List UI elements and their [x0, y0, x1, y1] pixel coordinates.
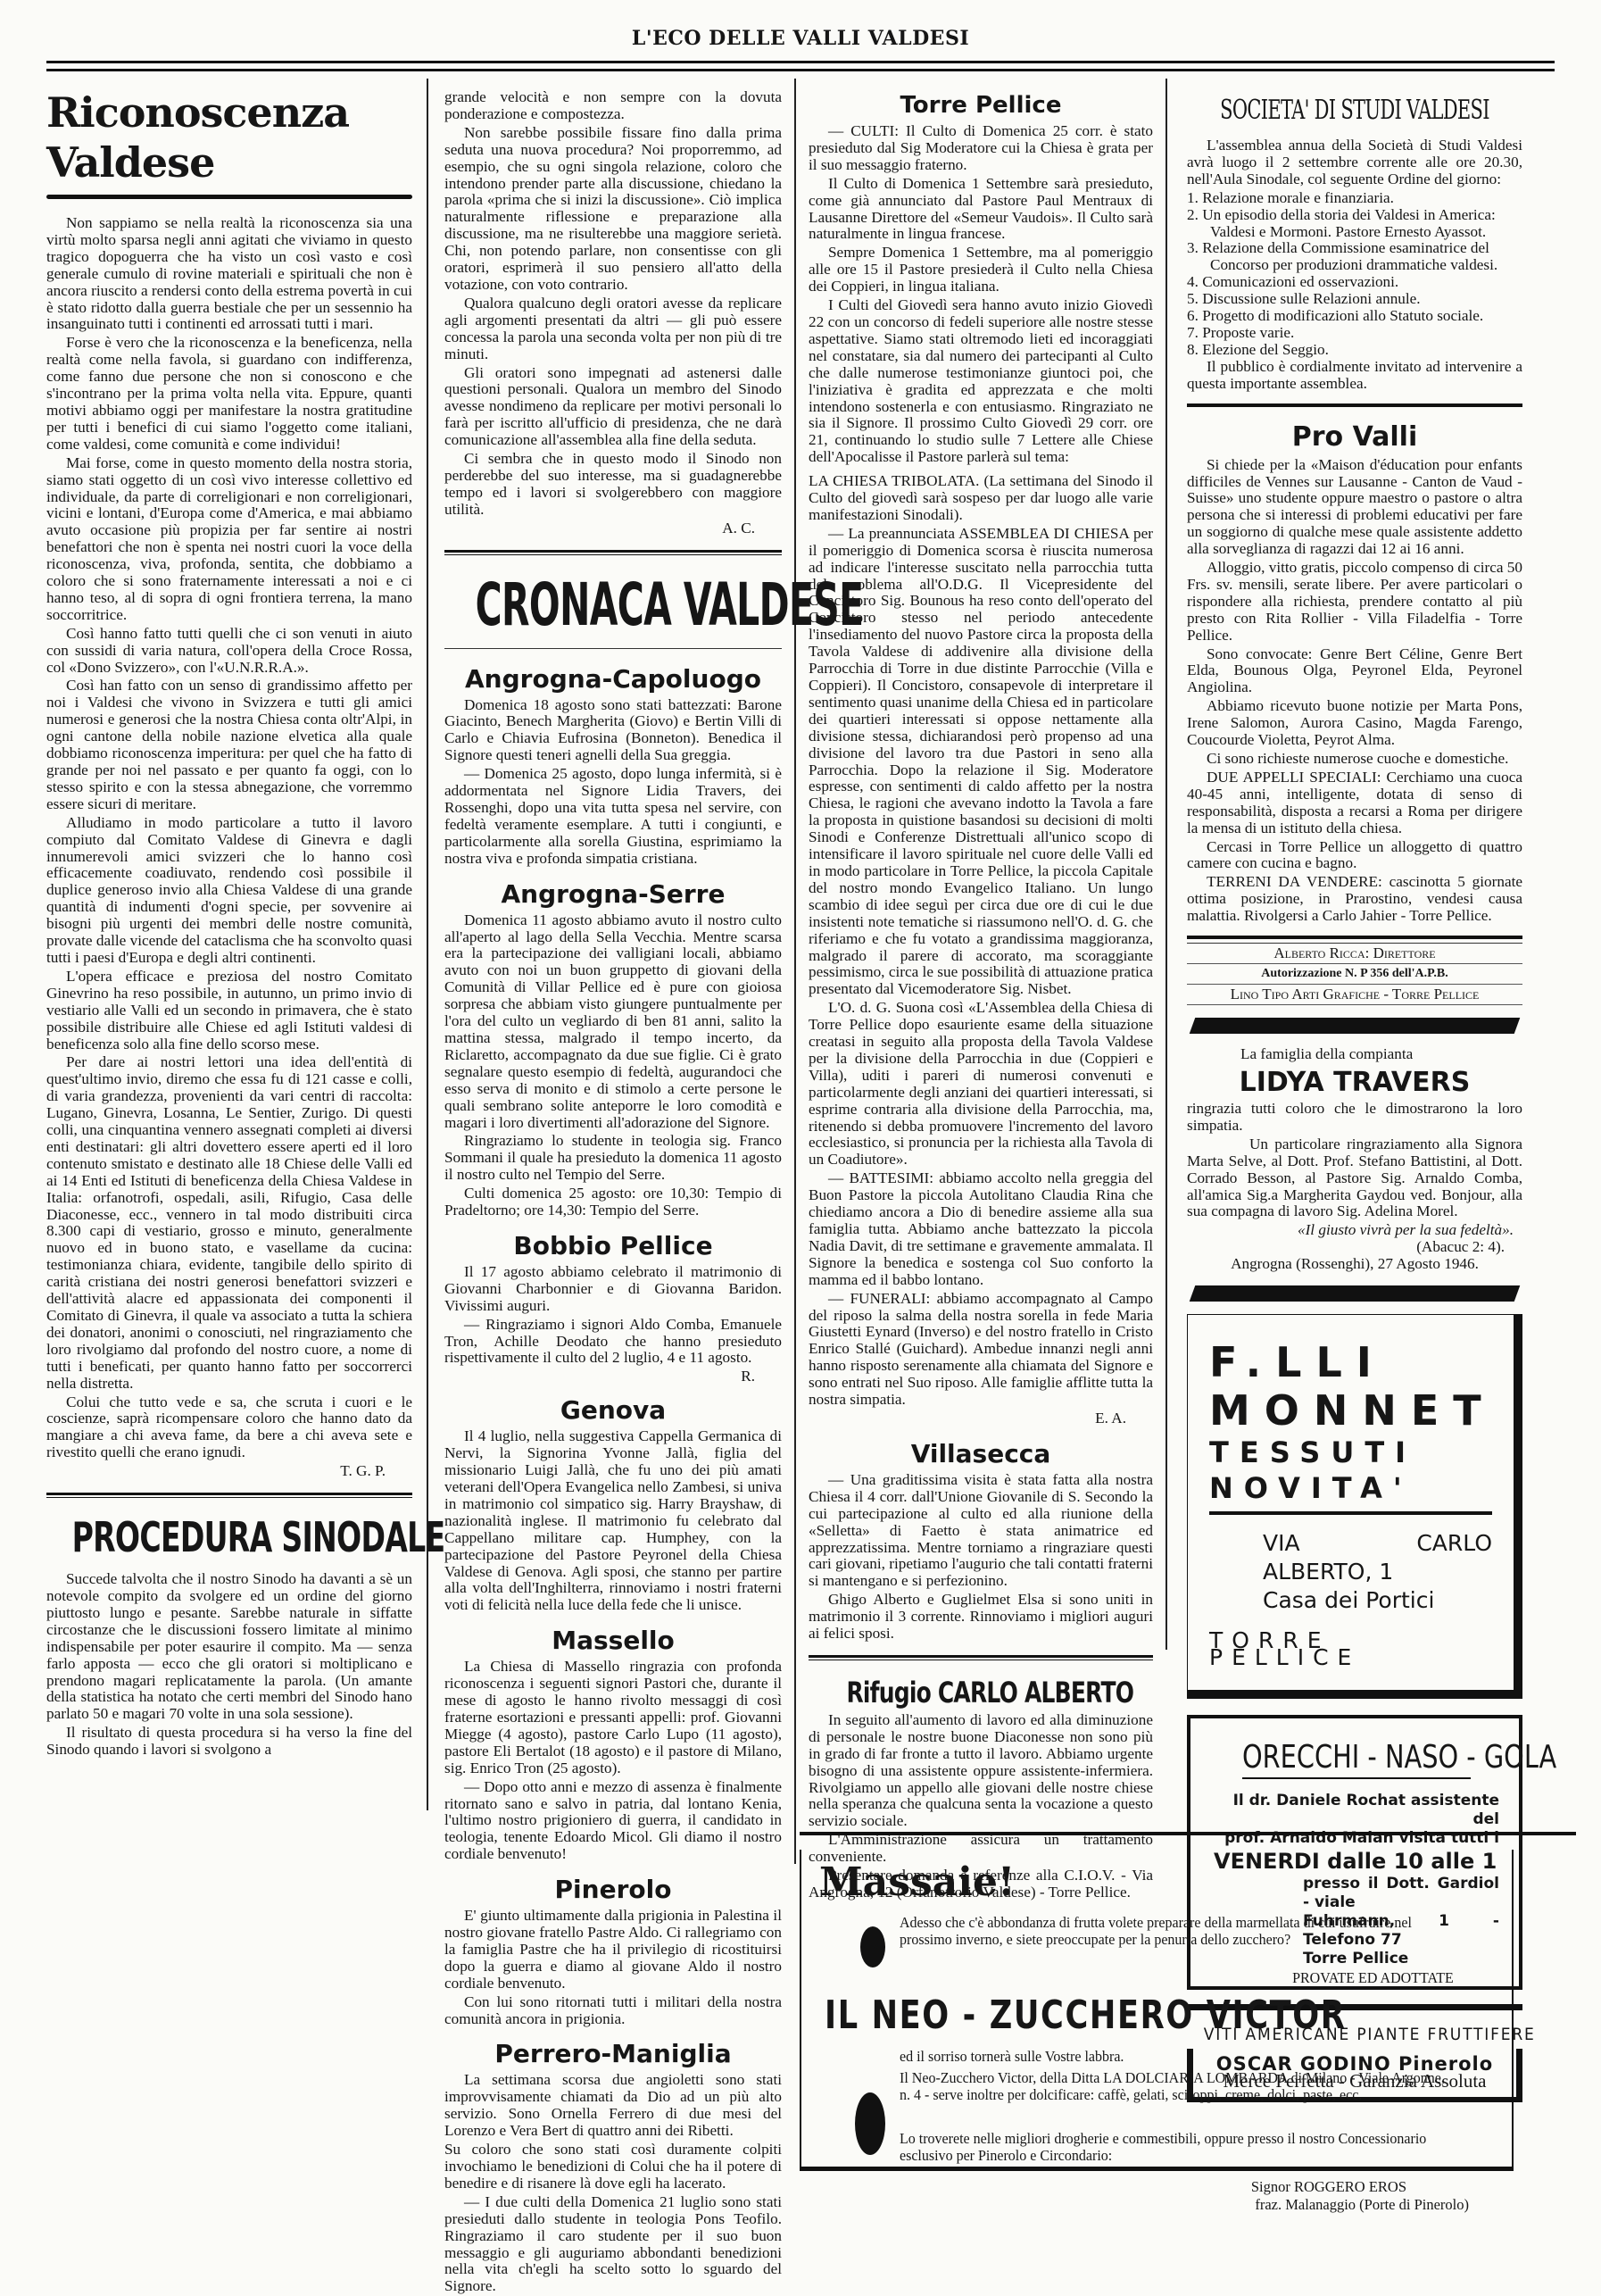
locality-heading: Angrogna-Serre [444, 877, 782, 912]
paragraph: La settimana scorsa due angioletti sono … [444, 2072, 782, 2140]
paragraph: Il 17 agosto abbiamo celebrato il matrim… [444, 1264, 782, 1315]
decorative-band [1190, 1285, 1521, 1302]
column-3: Torre Pellice — CULTI: Il Culto di Domen… [809, 87, 1153, 1903]
deceased-name: LIDYA TRAVERS [1187, 1065, 1522, 1101]
locality-heading: Perrero-Maniglia [444, 2036, 782, 2072]
paragraph: Con lui sono ritornati tutti i militari … [444, 1994, 782, 2028]
agenda-item: 2. Un episodio della storia dei Valdesi … [1187, 207, 1522, 241]
authorization-number: Autorizzazione N. P 356 dell'A.P.B. [1187, 964, 1522, 985]
paragraph: Domenica 18 agosto sono stati battezzati… [444, 697, 782, 765]
paragraph: La Chiesa di Massello ringrazia con prof… [444, 1659, 782, 1776]
paragraph: Colui che tutto vede e sa, che scruta i … [46, 1394, 412, 1462]
paragraph: Ringraziamo lo studente in teologia sig.… [444, 1133, 782, 1184]
place-date: Angrogna (Rossenghi), 27 Agosto 1946. [1187, 1256, 1522, 1273]
paragraph: Non sappiamo se nella realtà la riconosc… [46, 215, 412, 333]
paragraph: Abbiamo ricevuto buone notizie per Marta… [1187, 698, 1522, 749]
paragraph: Alloggio, vitto gratis, piccolo compenso… [1187, 560, 1522, 645]
decorative-band [1190, 1018, 1521, 1034]
paragraph: Ghigo Alberto e Guglielmet Elsa si sono … [809, 1592, 1153, 1643]
notice-title: SOCIETA' DI STUDI VALDESI [1199, 89, 1509, 132]
news-bobbio-pellice: Bobbio Pellice Il 17 agosto abbiamo cele… [444, 1228, 782, 1385]
paragraph: — Domenica 25 agosto, dopo lunga infermi… [444, 766, 782, 867]
column-divider [1165, 79, 1167, 1650]
printer-credit: Lino Tipo Arti Grafiche - Torre Pellice [1187, 985, 1522, 1005]
imprint-box: Alberto Ricca: Direttore Autorizzazione … [1187, 943, 1522, 1005]
author-signature: T. G. P. [46, 1463, 412, 1480]
author-signature: R. [444, 1368, 782, 1385]
agenda-item: 6. Progetto di modificazioni allo Statut… [1187, 308, 1522, 325]
news-perrero-maniglia: Perrero-Maniglia La settimana scorsa due… [444, 2036, 782, 2295]
ad-text: Adesso che c'è abbondanza di frutta vole… [900, 1914, 1454, 1948]
paragraph: — FUNERALI: abbiamo accompagnato al Camp… [809, 1291, 1153, 1409]
locality-heading: Pinerolo [444, 1872, 782, 1908]
author-signature: E. A. [809, 1410, 1153, 1427]
news-pinerolo: Pinerolo E' giunto ultimamente dalla pri… [444, 1872, 782, 2027]
paragraph: I Culti del Giovedì sera hanno avuto ini… [809, 297, 1153, 466]
paragraph: Culti domenica 25 agosto: ore 10,30: Tem… [444, 1185, 782, 1219]
agenda-item: 8. Elezione del Seggio. [1187, 342, 1522, 359]
news-genova: Genova Il 4 luglio, nella suggestiva Cap… [444, 1393, 782, 1614]
decorative-dot [855, 2092, 885, 2155]
locality-heading: Genova [444, 1393, 782, 1428]
paragraph: — Dopo otto anni e mezzo di assenza è fi… [444, 1779, 782, 1864]
locality-heading: Bobbio Pellice [444, 1228, 782, 1264]
paragraph: Il Culto di Domenica 1 Settembre sarà pr… [809, 176, 1153, 244]
ad-agent-block: Signor ROGGERO EROS fraz. Malanaggio (Po… [898, 2178, 1469, 2214]
title-rule [46, 195, 412, 199]
news-villasecca: Villasecca — Una graditissima visita è s… [809, 1436, 1153, 1643]
paragraph: L'opera efficace e preziosa del nostro C… [46, 969, 412, 1053]
notice-lidya-travers: La famiglia della compianta LIDYA TRAVER… [1187, 1046, 1522, 1273]
notice-pro-valli: Pro Valli Si chiede per la «Maison d'édu… [1187, 418, 1522, 925]
paragraph: Succede talvolta che il nostro Sinodo ha… [46, 1571, 412, 1723]
paragraph: Domenica 11 agosto abbiamo avuto il nost… [444, 912, 782, 1132]
column-divider [794, 79, 796, 1864]
ad-product-name: IL NEO - ZUCCHERO VICTOR [825, 1992, 1367, 2038]
section-rule [1187, 936, 1522, 939]
agenda-item: 7. Proposte varie. [1187, 325, 1522, 342]
news-massello: Massello La Chiesa di Massello ringrazia… [444, 1623, 782, 1863]
article-title: PROCEDURA SINODALE [72, 1510, 387, 1564]
bible-quote: «Il giusto vivrà per la sua fedeltà». [1187, 1222, 1522, 1239]
ad-agent-address: fraz. Malanaggio (Porte di Pinerolo) [898, 2196, 1469, 2214]
paragraph: DUE APPELLI SPECIALI: Cerchiamo una cuoc… [1187, 769, 1522, 837]
section-rule [800, 1832, 1576, 1835]
column-1: Riconoscenza Valdese Non sappiamo se nel… [46, 87, 412, 1760]
section-rule [444, 648, 782, 649]
ad-address: VIA CARLO ALBERTO, 1 [1209, 1529, 1492, 1586]
paragraph: — Una graditissima visita è stata fatta … [809, 1472, 1153, 1590]
ad-agent: Signor ROGGERO EROS [898, 2178, 1469, 2196]
locality-heading: Torre Pellice [809, 87, 1153, 123]
locality-heading: Villasecca [809, 1436, 1153, 1472]
news-angrogna-capoluogo: Angrogna-Capoluogo Domenica 18 agosto so… [444, 661, 782, 868]
paragraph: Ci sembra che in questo modo il Sinodo n… [444, 451, 782, 519]
section-rule [46, 1493, 412, 1498]
notice-title: Rifugio CARLO ALBERTO [846, 1673, 1115, 1712]
section-title-cronaca-valdese: CRONACA VALDESE [476, 568, 751, 643]
paragraph: Ci sono richieste numerose cuoche e dome… [1187, 751, 1522, 768]
ad-address: Casa dei Portici [1209, 1586, 1492, 1615]
paragraph: Il pubblico è cordialmente invitato ad i… [1187, 359, 1522, 393]
paragraph: L'O. d. G. Suona così «L'Assemblea della… [809, 1000, 1153, 1169]
ad-text: ed il sorriso tornerà sulle Vostre labbr… [900, 2048, 1454, 2065]
paragraph: Si chiede per la «Maison d'éducation pou… [1187, 457, 1522, 558]
section-rule [809, 1655, 1153, 1660]
section-rule [1187, 403, 1522, 407]
paragraph: Così hanno fatto tutti quelli che ci son… [46, 626, 412, 677]
paragraph: Cercasi in Torre Pellice un alloggetto d… [1187, 839, 1522, 873]
paragraph: — La preannunciata ASSEMBLEA DI CHIESA p… [809, 526, 1153, 998]
ad-title: ORECCHI - NASO - GOLA [1242, 1738, 1471, 1779]
paragraph: Mai forse, come in questo momento della … [46, 455, 412, 624]
paragraph: Gli oratori sono impegnati ad astenersi … [444, 365, 782, 450]
paragraph: — Ringraziamo i signori Aldo Comba, Eman… [444, 1317, 782, 1368]
paragraph: LA CHIESA TRIBOLATA. (La settimana del S… [809, 473, 1153, 524]
bible-reference: (Abacuc 2: 4). [1187, 1239, 1522, 1256]
section-rule [444, 550, 782, 555]
locality-heading: Angrogna-Capoluogo [444, 661, 782, 697]
paragraph: Non sarebbe possibile fissare fino dalla… [444, 125, 782, 294]
ad-cta: PROVATE ED ADOTTATE [900, 1969, 1454, 1986]
ad-flli-monnet: F.LLI MONNET TESSUTI NOVITA' VIA CARLO A… [1187, 1314, 1522, 1699]
ad-text: Il Neo-Zucchero Victor, della Ditta LA D… [900, 2069, 1454, 2103]
paragraph: L'assemblea annua della Società di Studi… [1187, 137, 1522, 188]
agenda-list: 1. Relazione morale e finanziaria. 2. Un… [1187, 190, 1522, 359]
paragraph: — I due culti della Domenica 21 luglio s… [444, 2194, 782, 2295]
ad-neo-zucchero-victor: Massaie! Adesso che c'è abbondanza di fr… [800, 1850, 1514, 2171]
author-signature: A. C. [444, 520, 782, 537]
ad-brand: F.LLI MONNET [1209, 1338, 1492, 1435]
news-angrogna-serre: Angrogna-Serre Domenica 11 agosto abbiam… [444, 877, 782, 1219]
paragraph: Per dare ai nostri lettori una idea dell… [46, 1054, 412, 1392]
paragraph: Qualora qualcuno degli oratori avesse da… [444, 295, 782, 363]
paragraph: Su coloro che sono stati così duramente … [444, 2142, 782, 2192]
paragraph: Così han fatto con un senso di grandissi… [46, 678, 412, 812]
article-procedura-continued: grande velocità e non sempre con la dovu… [444, 89, 782, 537]
ad-line: Il dr. Daniele Rochat assistente del [1214, 1792, 1499, 1829]
paragraph: E' giunto ultimamente dalla prigionia in… [444, 1908, 782, 1992]
news-torre-pellice: Torre Pellice — CULTI: Il Culto di Domen… [809, 87, 1153, 1427]
agenda-item: 1. Relazione morale e finanziaria. [1187, 190, 1522, 207]
decorative-dot [860, 1926, 885, 1967]
newspaper-title: L'ECO DELLE VALLI VALDESI [0, 27, 1601, 50]
paragraph: Un particolare ringraziamento alla Signo… [1187, 1136, 1522, 1221]
notice-societa-studi-valdesi: SOCIETA' DI STUDI VALDESI L'assemblea an… [1187, 89, 1522, 393]
agenda-item: 5. Discussione sulle Relazioni annule. [1187, 291, 1522, 308]
paragraph: Il risultato di questa procedura si ha v… [46, 1725, 412, 1759]
article-procedura-sinodale: PROCEDURA SINODALE Succede talvolta che … [46, 1510, 412, 1759]
column-2: grande velocità e non sempre con la dovu… [444, 89, 782, 2296]
column-4: SOCIETA' DI STUDI VALDESI L'assemblea an… [1187, 89, 1522, 2102]
paragraph: Sono convocate: Genre Bert Céline, Genre… [1187, 646, 1522, 697]
paragraph: — BATTESIMI: abbiamo accolto nella gregg… [809, 1170, 1153, 1288]
paragraph: Alludiamo in modo particolare a tutto il… [46, 815, 412, 967]
ad-city: TORRE PELLICE [1209, 1633, 1492, 1667]
paragraph: TERRENI DA VENDERE: cascinotta 5 giornat… [1187, 874, 1522, 925]
article-riconoscenza-valdese: Riconoscenza Valdese Non sappiamo se nel… [46, 87, 412, 1480]
director-credit: Alberto Ricca: Direttore [1187, 944, 1522, 964]
paragraph: Forse è vero che la riconoscenza e la be… [46, 335, 412, 453]
masthead-rule [46, 61, 1555, 63]
masthead-rule [46, 69, 1555, 71]
masthead: L'ECO DELLE VALLI VALDESI [0, 27, 1601, 80]
paragraph: In seguito all'aumento di lavoro ed alla… [809, 1712, 1153, 1830]
paragraph: Il 4 luglio, nella suggestiva Cappella G… [444, 1428, 782, 1614]
paragraph: La famiglia della compianta [1187, 1046, 1522, 1063]
ad-text: Lo troverete nelle migliori drogherie e … [900, 2130, 1454, 2164]
ad-tagline: TESSUTI NOVITA' [1209, 1435, 1492, 1515]
locality-heading: Massello [444, 1623, 782, 1659]
paragraph: — CULTI: Il Culto di Domenica 25 corr. è… [809, 123, 1153, 174]
paragraph: grande velocità e non sempre con la dovu… [444, 89, 782, 123]
ad-title: Massaie! [819, 1860, 1494, 1905]
agenda-item: 3. Relazione della Commissione esaminatr… [1187, 240, 1522, 274]
paragraph: ringrazia tutti coloro che le dimostraro… [1187, 1101, 1522, 1135]
paragraph: Sempre Domenica 1 Settembre, ma al pomer… [809, 245, 1153, 295]
article-title: Riconoscenza Valdese [46, 87, 412, 187]
agenda-item: 4. Comunicazioni ed osservazioni. [1187, 274, 1522, 291]
notice-title: Pro Valli [1187, 418, 1522, 457]
